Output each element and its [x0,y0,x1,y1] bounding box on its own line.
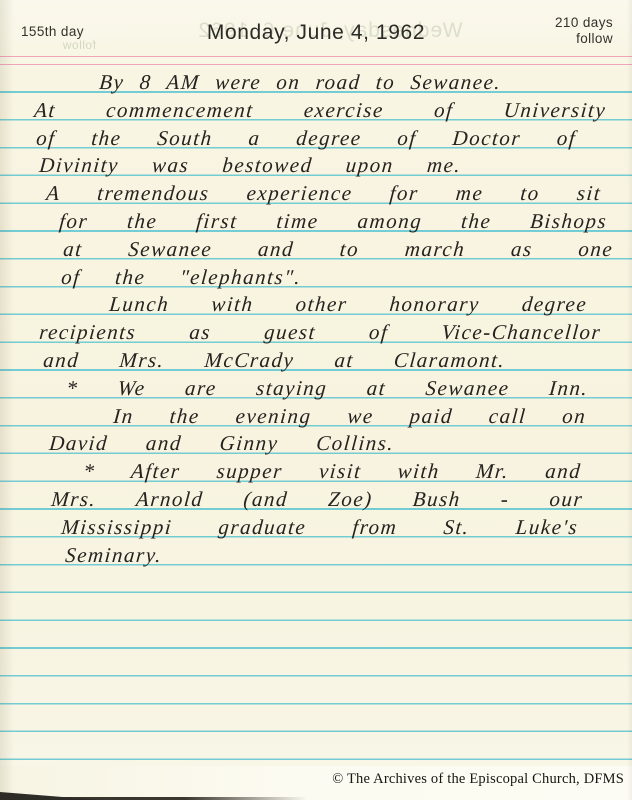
scan-corner-artifact [0,792,100,800]
handwriting-line: * We are staying at Sewanee Inn. [65,376,589,403]
diary-page-scan: follow 155th day Wednesday, June 6, 1962… [0,0,632,800]
handwriting-line: recipients as guest of Vice-Chancellor [38,320,602,347]
copyright-notice: © The Archives of the Episcopal Church, … [332,771,624,788]
handwriting-entry: By 8 AM were on road to Sewanee.At comme… [0,0,632,800]
handwriting-line: Divinity was bestowed upon me. [38,153,462,180]
handwriting-line: at Sewanee and to march as one [62,237,614,264]
handwriting-line: In the evening we paid call on [112,404,587,431]
handwriting-line: Mrs. Arnold (and Zoe) Bush - our [50,487,584,514]
handwriting-line: and Mrs. McCrady at Claramont. [42,348,506,375]
handwriting-line: Mississippi graduate from St. Luke's [60,515,579,542]
handwriting-line: Lunch with other honorary degree [108,292,588,319]
handwriting-line: * After supper visit with Mr. and [82,459,582,486]
handwriting-line: By 8 AM were on road to Sewanee. [98,70,502,97]
handwriting-line: A tremendous experience for me to sit [45,181,602,208]
handwriting-line: At commencement exercise of University [33,98,607,125]
handwriting-line: Seminary. [64,543,186,570]
handwriting-line: for the first time among the Bishops [58,209,608,236]
handwriting-line: of the South a degree of Doctor of [35,126,577,153]
handwriting-line: of the "elephants". [60,265,302,292]
handwriting-line: David and Ginny Collins. [48,431,395,458]
